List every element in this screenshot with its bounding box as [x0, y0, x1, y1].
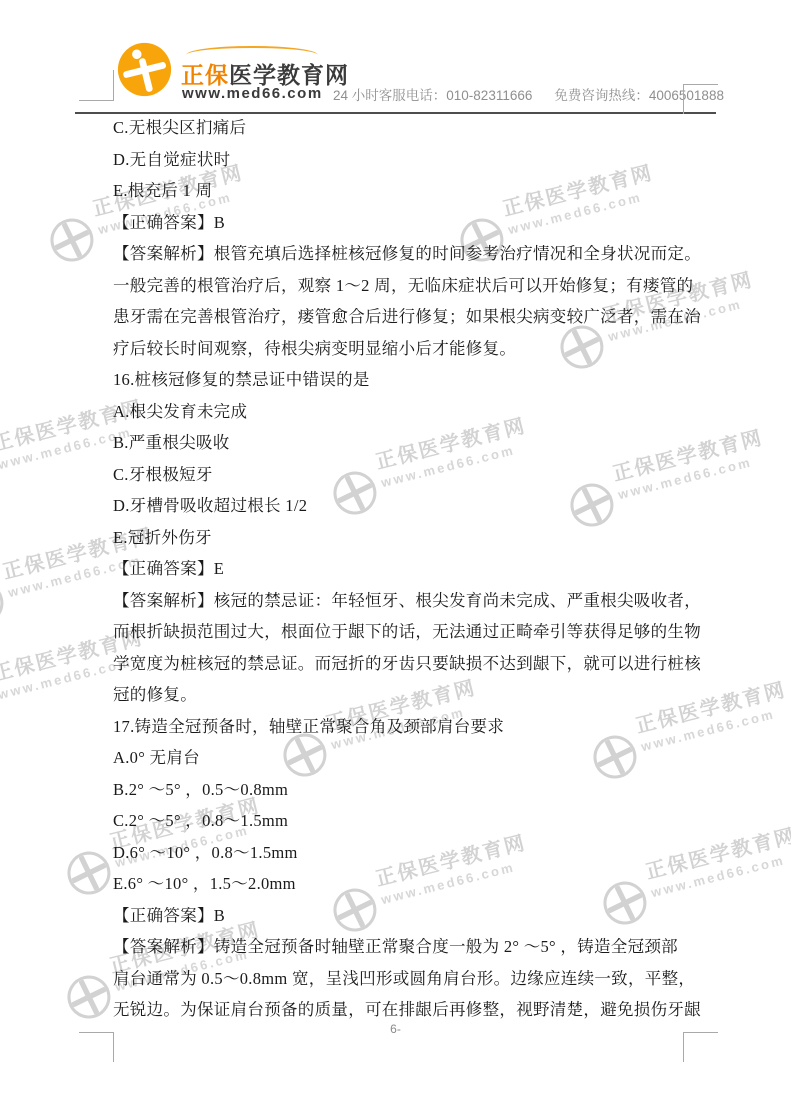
- header-contact: 24 小时客服电话：010-82311666免费咨询热线：4006501888: [333, 84, 724, 104]
- document-page: 正保医学教育网www.med66.com正保医学教育网www.med66.com…: [0, 0, 791, 1120]
- page-number: 6-: [390, 1022, 401, 1036]
- crop-mark-bottom-left-v: [113, 1032, 114, 1062]
- service-phone-number: 010-82311666: [446, 88, 532, 103]
- crop-mark-top-left-h: [79, 100, 114, 101]
- header-divider: [75, 112, 716, 114]
- page-header: 正保医学教育网 www.med66.com 24 小时客服电话：010-8231…: [0, 0, 791, 1120]
- service-phone-label: 24 小时客服电话：: [333, 88, 446, 103]
- brand-url: www.med66.com: [182, 85, 323, 102]
- crop-mark-top-right-v: [683, 84, 684, 114]
- crop-mark-top-right-h: [683, 84, 718, 85]
- page-footer: 6-: [0, 1022, 791, 1036]
- med66-logo-icon: [116, 41, 173, 98]
- hotline-number: 4006501888: [649, 88, 724, 103]
- crop-mark-bottom-right-v: [683, 1032, 684, 1062]
- hotline-label: 免费咨询热线：: [554, 88, 649, 103]
- crop-mark-top-left-v: [113, 70, 114, 100]
